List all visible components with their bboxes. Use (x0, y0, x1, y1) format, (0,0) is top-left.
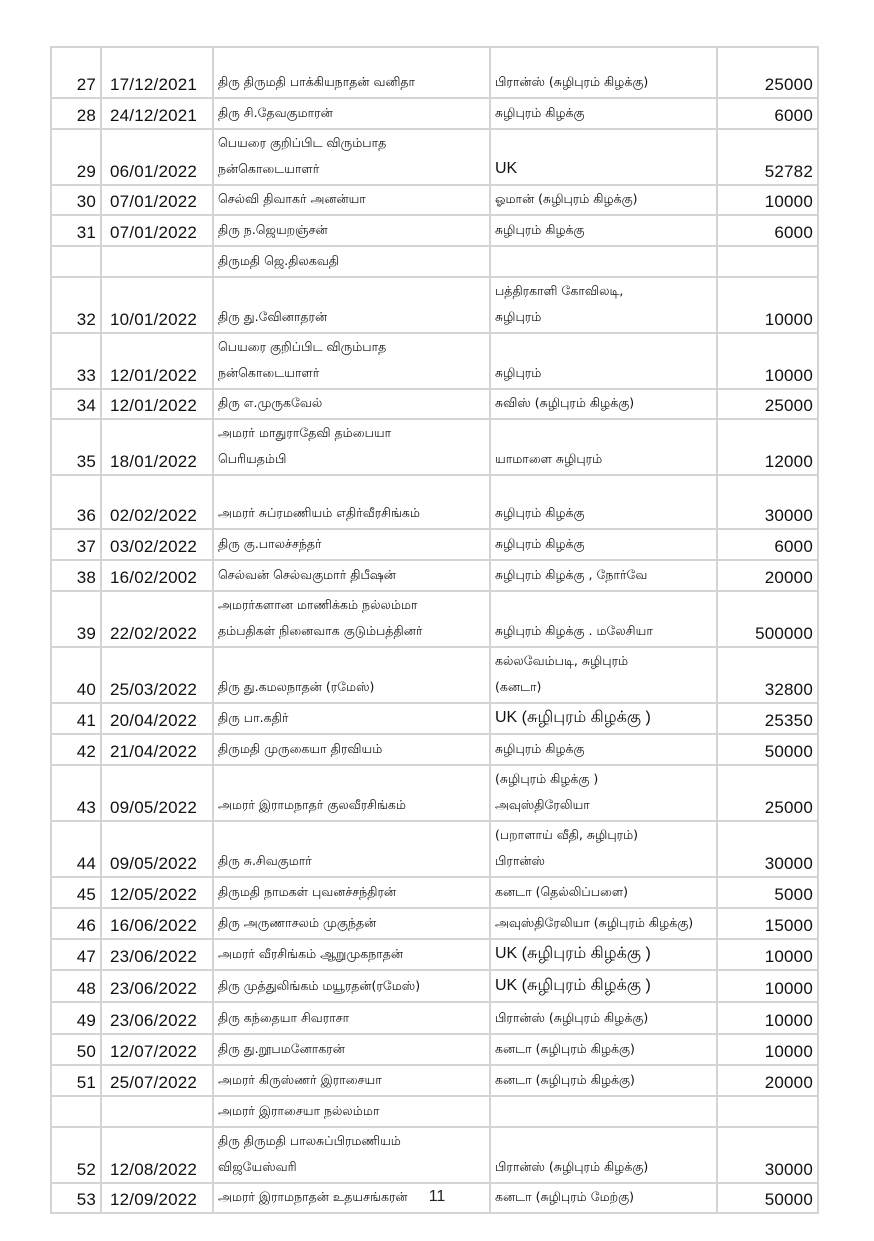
donor-name-lines: திரு திருமதி பாக்கியநாதன் வனிதா (218, 69, 485, 95)
donor-location-lines: பிரான்ஸ் (சுழிபுரம் கிழக்கு) (495, 1005, 712, 1031)
donor-name: அமரர் இராசையா நல்லம்மா (213, 1096, 490, 1127)
donation-date: 07/01/2022 (101, 215, 213, 246)
donor-name: திரு து.கமலநாதன் (ரமேஸ்) (213, 647, 490, 703)
donor-location-line: UK (சுழிபுரம் கிழக்கு ) (495, 705, 712, 731)
donor-location-line: பத்திரகாளி கோவிலடி, (495, 278, 712, 304)
table-row: 51 25/07/2022 அமரர் கிருஸ்ணர் இராசையா கன… (51, 1065, 818, 1096)
donation-amount: 25000 (717, 47, 818, 98)
donation-date: 22/02/2022 (101, 591, 213, 647)
donor-name: திருமதி நாமகள் புவனச்சந்திரன் (213, 877, 490, 908)
row-number: 40 (51, 647, 101, 703)
donor-location-line: (பறாளாய் வீதி, சுழிபுரம்) (495, 822, 712, 848)
donor-location-lines: சுழிபுரம் கிழக்கு (495, 500, 712, 526)
donor-location-lines: பத்திரகாளி கோவிலடி,சுழிபுரம் (495, 278, 712, 330)
donor-name-line: திரு திருமதி பாக்கியநாதன் வனிதா (218, 69, 485, 95)
donor-location: பிரான்ஸ் (சுழிபுரம் கிழக்கு) (490, 1127, 717, 1183)
donor-location-line: சுழிபுரம் கிழக்கு (495, 500, 712, 526)
donor-name-line: திருமதி ஜெ.திலகவதி (218, 248, 485, 274)
donation-amount: 50000 (717, 734, 818, 765)
donation-date: 20/04/2022 (101, 703, 213, 734)
donor-location-lines: ஓமான் (சுழிபுரம் கிழக்கு) (495, 186, 712, 212)
table-row: 30 07/01/2022 செல்வி திவாகர் அனன்யா ஓமான… (51, 185, 818, 215)
donation-amount: 5000 (717, 877, 818, 908)
donor-location: சுழிபுரம் கிழக்கு (490, 215, 717, 246)
donor-name: பெயரை குறிப்பிட விரும்பாதநன்கொடையாளர் (213, 333, 490, 389)
donor-location-line: அவுஸ்திரேலியா (495, 792, 712, 818)
donor-location: கனடா (தெல்லிப்பளை) (490, 877, 717, 908)
donor-location-lines: சுழிபுரம் (495, 360, 712, 386)
donor-name-lines: திரு பா.கதிர் (218, 705, 485, 731)
donor-name-lines: திரு கந்தையா சிவராசா (218, 1005, 485, 1031)
row-number: 51 (51, 1065, 101, 1096)
donor-location: கனடா (சுழிபுரம் கிழக்கு) (490, 1065, 717, 1096)
donor-name-line: பெயரை குறிப்பிட விரும்பாத (218, 334, 485, 360)
donation-date: 09/05/2022 (101, 765, 213, 821)
donor-location: சுழிபுரம் கிழக்கு , நோர்வே (490, 560, 717, 591)
row-number: 28 (51, 98, 101, 129)
table-row: 46 16/06/2022 திரு அருணாசலம் முகுந்தன் அ… (51, 908, 818, 939)
donor-location-lines: யாமாளை சுழிபுரம் (495, 446, 712, 472)
donor-location: சுழிபுரம் கிழக்கு (490, 734, 717, 765)
donor-name-lines: திரு து.கமலநாதன் (ரமேஸ்) (218, 674, 485, 700)
donor-location-line: கனடா (சுழிபுரம் கிழக்கு) (495, 1036, 712, 1062)
donor-name: திரு து.விேனாதரன் (213, 277, 490, 333)
donation-amount: 15000 (717, 908, 818, 939)
donation-date: 10/01/2022 (101, 277, 213, 333)
donor-location-line: சுவிஸ் (சுழிபுரம் கிழக்கு) (495, 390, 712, 416)
donor-location: (பறாளாய் வீதி, சுழிபுரம்)பிரான்ஸ் (490, 821, 717, 877)
donation-date: 03/02/2022 (101, 529, 213, 560)
donor-location-line: UK (சுழிபுரம் கிழக்கு ) (495, 941, 712, 967)
table-row: அமரர் இராசையா நல்லம்மா (51, 1096, 818, 1127)
row-number: 34 (51, 389, 101, 419)
donor-location-lines: UK (495, 156, 712, 182)
donor-location-line: ஓமான் (சுழிபுரம் கிழக்கு) (495, 186, 712, 212)
table-row: 37 03/02/2022 திரு கு.பாலச்சந்தர் சுழிபு… (51, 529, 818, 560)
donor-location-line (495, 248, 712, 274)
page-number: 11 (0, 1188, 874, 1206)
donation-date: 07/01/2022 (101, 185, 213, 215)
donor-name-lines: திருமதி ஜெ.திலகவதி (218, 248, 485, 274)
donor-location-line: அவுஸ்திரேலியா (சுழிபுரம் கிழக்கு) (495, 910, 712, 936)
table-row: 42 21/04/2022 திருமதி முருகையா திரவியம் … (51, 734, 818, 765)
donation-date: 12/01/2022 (101, 333, 213, 389)
donation-date: 25/03/2022 (101, 647, 213, 703)
donor-location-lines: சுவிஸ் (சுழிபுரம் கிழக்கு) (495, 390, 712, 416)
row-number: 32 (51, 277, 101, 333)
donor-name: திருமதி ஜெ.திலகவதி (213, 246, 490, 277)
donor-location: சுழிபுரம் (490, 333, 717, 389)
donor-name: திரு சி.தேவகுமாரன் (213, 98, 490, 129)
donor-location: UK (490, 129, 717, 185)
donor-location-line: சுழிபுரம் கிழக்கு (495, 736, 712, 762)
donor-name-lines: திரு முத்துலிங்கம் மயூரதன்(ரமேஸ்) (218, 973, 485, 999)
donor-name: அமரர் சுப்ரமணியம் எதிர்வீரசிங்கம் (213, 475, 490, 529)
donation-amount: 52782 (717, 129, 818, 185)
donor-name-line: திரு ந.ஜெயறஞ்சன் (218, 217, 485, 243)
table-row: 31 07/01/2022 திரு ந.ஜெயறஞ்சன் சுழிபுரம்… (51, 215, 818, 246)
donor-name: திரு கந்தையா சிவராசா (213, 1002, 490, 1034)
donor-name-lines: பெயரை குறிப்பிட விரும்பாதநன்கொடையாளர் (218, 130, 485, 182)
donor-location: சுழிபுரம் கிழக்கு (490, 529, 717, 560)
donations-table: 27 17/12/2021 திரு திருமதி பாக்கியநாதன் … (50, 46, 819, 1214)
donor-location-lines: சுழிபுரம் கிழக்கு (495, 531, 712, 557)
donor-location-lines: பிரான்ஸ் (சுழிபுரம் கிழக்கு) (495, 69, 712, 95)
donor-name-line: அமரர் வீரசிங்கம் ஆறுமுகநாதன் (218, 941, 485, 967)
row-number: 49 (51, 1002, 101, 1034)
donation-date: 25/07/2022 (101, 1065, 213, 1096)
donor-name: செல்வி திவாகர் அனன்யா (213, 185, 490, 215)
donor-location-lines: சுழிபுரம் கிழக்கு . மலேசியா (495, 618, 712, 644)
donation-date: 21/04/2022 (101, 734, 213, 765)
donor-location: (சுழிபுரம் கிழக்கு )அவுஸ்திரேலியா (490, 765, 717, 821)
donation-amount: 6000 (717, 529, 818, 560)
donation-date (101, 246, 213, 277)
donor-location: அவுஸ்திரேலியா (சுழிபுரம் கிழக்கு) (490, 908, 717, 939)
donor-location: கல்லவேம்படி, சுழிபுரம்(கனடா) (490, 647, 717, 703)
table-row: 35 18/01/2022 அமரர் மாதுராதேவி தம்பையாபெ… (51, 419, 818, 475)
donor-location-line: (சுழிபுரம் கிழக்கு ) (495, 766, 712, 792)
donor-name: செல்வன் செல்வகுமார் திபீஷன் (213, 560, 490, 591)
donor-location-line: கனடா (சுழிபுரம் கிழக்கு) (495, 1067, 712, 1093)
row-number: 29 (51, 129, 101, 185)
donation-amount: 10000 (717, 185, 818, 215)
donor-location: யாமாளை சுழிபுரம் (490, 419, 717, 475)
donation-date: 12/07/2022 (101, 1034, 213, 1065)
donor-name-line: செல்வி திவாகர் அனன்யா (218, 186, 485, 212)
donor-name-lines: அமரர்களான மாணிக்கம் நல்லம்மாதம்பதிகள் நி… (218, 592, 485, 644)
donor-name-line: நன்கொடையாளர் (218, 360, 485, 386)
donor-location-line: சுழிபுரம் (495, 360, 712, 386)
donor-name-line: விஜயேஸ்வரி (218, 1154, 485, 1180)
row-number: 44 (51, 821, 101, 877)
table-row: 28 24/12/2021 திரு சி.தேவகுமாரன் சுழிபுர… (51, 98, 818, 129)
donor-location-line: UK (சுழிபுரம் கிழக்கு ) (495, 973, 712, 999)
table-row: 38 16/02/2002 செல்வன் செல்வகுமார் திபீஷன… (51, 560, 818, 591)
donor-name-line: திரு அருணாசலம் முகுந்தன் (218, 910, 485, 936)
donor-location: UK (சுழிபுரம் கிழக்கு ) (490, 970, 717, 1002)
donor-name: திரு பா.கதிர் (213, 703, 490, 734)
donation-amount: 6000 (717, 98, 818, 129)
donor-location-line: பிரான்ஸ் (சுழிபுரம் கிழக்கு) (495, 69, 712, 95)
donor-location-line: பிரான்ஸ் (சுழிபுரம் கிழக்கு) (495, 1005, 712, 1031)
row-number: 39 (51, 591, 101, 647)
donation-amount: 10000 (717, 277, 818, 333)
donor-location: சுழிபுரம் கிழக்கு . மலேசியா (490, 591, 717, 647)
donor-location: சுழிபுரம் கிழக்கு (490, 475, 717, 529)
donor-name: திரு எ.முருகவேல் (213, 389, 490, 419)
donor-name-line: அமரர் இராமநாதர் குலவீரசிங்கம் (218, 792, 485, 818)
table-row: 40 25/03/2022 திரு து.கமலநாதன் (ரமேஸ்) க… (51, 647, 818, 703)
donor-name: திருமதி முருகையா திரவியம் (213, 734, 490, 765)
table-row: 27 17/12/2021 திரு திருமதி பாக்கியநாதன் … (51, 47, 818, 98)
donor-name-line: திரு முத்துலிங்கம் மயூரதன்(ரமேஸ்) (218, 973, 485, 999)
donation-date (101, 1096, 213, 1127)
donor-name: திரு திருமதி பாக்கியநாதன் வனிதா (213, 47, 490, 98)
donor-name-line: திரு து.கமலநாதன் (ரமேஸ்) (218, 674, 485, 700)
row-number: 50 (51, 1034, 101, 1065)
donation-amount: 30000 (717, 1127, 818, 1183)
row-number: 33 (51, 333, 101, 389)
donor-location (490, 246, 717, 277)
donor-name-lines: திரு திருமதி பாலசுப்பிரமணியம்விஜயேஸ்வரி (218, 1128, 485, 1180)
donor-name-lines: திரு சு.சிவகுமார் (218, 848, 485, 874)
row-number (51, 1096, 101, 1127)
donation-amount: 25350 (717, 703, 818, 734)
donor-location-lines: பிரான்ஸ் (சுழிபுரம் கிழக்கு) (495, 1154, 712, 1180)
donation-amount: 20000 (717, 1065, 818, 1096)
donation-amount: 10000 (717, 333, 818, 389)
donation-amount: 25000 (717, 389, 818, 419)
table-row: 36 02/02/2022 அமரர் சுப்ரமணியம் எதிர்வீர… (51, 475, 818, 529)
donor-location-line: கல்லவேம்படி, சுழிபுரம் (495, 648, 712, 674)
donor-location-line: கனடா (தெல்லிப்பளை) (495, 879, 712, 905)
donor-location-line: சுழிபுரம் கிழக்கு (495, 217, 712, 243)
donor-location: பத்திரகாளி கோவிலடி,சுழிபுரம் (490, 277, 717, 333)
donor-name-line: திரு எ.முருகவேல் (218, 390, 485, 416)
donor-name-line: திரு கு.பாலச்சந்தர் (218, 531, 485, 557)
table-row: 32 10/01/2022 திரு து.விேனாதரன் பத்திரகா… (51, 277, 818, 333)
donor-location-line (495, 1098, 712, 1124)
donor-name: திரு கு.பாலச்சந்தர் (213, 529, 490, 560)
donor-location: பிரான்ஸ் (சுழிபுரம் கிழக்கு) (490, 1002, 717, 1034)
donor-location-lines: கனடா (சுழிபுரம் கிழக்கு) (495, 1067, 712, 1093)
donor-location-lines: UK (சுழிபுரம் கிழக்கு ) (495, 973, 712, 999)
row-number: 41 (51, 703, 101, 734)
donor-name: அமரர் கிருஸ்ணர் இராசையா (213, 1065, 490, 1096)
donor-location-lines: UK (சுழிபுரம் கிழக்கு ) (495, 941, 712, 967)
donation-amount: 10000 (717, 939, 818, 970)
table-row: 43 09/05/2022 அமரர் இராமநாதர் குலவீரசிங்… (51, 765, 818, 821)
donor-name-lines: அமரர் இராசையா நல்லம்மா (218, 1098, 485, 1124)
donor-name-line: அமரர் மாதுராதேவி தம்பையா (218, 420, 485, 446)
row-number: 47 (51, 939, 101, 970)
donor-name-lines: அமரர் வீரசிங்கம் ஆறுமுகநாதன் (218, 941, 485, 967)
donation-amount (717, 246, 818, 277)
row-number: 46 (51, 908, 101, 939)
donor-name-line: திரு திருமதி பாலசுப்பிரமணியம் (218, 1128, 485, 1154)
row-number: 37 (51, 529, 101, 560)
donor-name-line: திரு கந்தையா சிவராசா (218, 1005, 485, 1031)
row-number: 48 (51, 970, 101, 1002)
donor-location-lines: (சுழிபுரம் கிழக்கு )அவுஸ்திரேலியா (495, 766, 712, 818)
donation-date: 12/08/2022 (101, 1127, 213, 1183)
table-row: 47 23/06/2022 அமரர் வீரசிங்கம் ஆறுமுகநாத… (51, 939, 818, 970)
donor-name: திரு ந.ஜெயறஞ்சன் (213, 215, 490, 246)
row-number: 42 (51, 734, 101, 765)
donor-name-line: பெயரை குறிப்பிட விரும்பாத (218, 130, 485, 156)
donation-amount: 500000 (717, 591, 818, 647)
donor-name-lines: செல்வன் செல்வகுமார் திபீஷன் (218, 562, 485, 588)
donor-name-line: செல்வன் செல்வகுமார் திபீஷன் (218, 562, 485, 588)
donation-date: 16/02/2002 (101, 560, 213, 591)
donor-location-line: சுழிபுரம் கிழக்கு (495, 531, 712, 557)
donor-name: திரு அருணாசலம் முகுந்தன் (213, 908, 490, 939)
donor-name-line: நன்கொடையாளர் (218, 156, 485, 182)
table-row: 29 06/01/2022 பெயரை குறிப்பிட விரும்பாதந… (51, 129, 818, 185)
donation-amount: 10000 (717, 970, 818, 1002)
donor-name-lines: திரு எ.முருகவேல் (218, 390, 485, 416)
donor-name: அமரர் மாதுராதேவி தம்பையாபெரியதம்பி (213, 419, 490, 475)
donation-date: 06/01/2022 (101, 129, 213, 185)
donation-amount: 32800 (717, 647, 818, 703)
donor-name-lines: அமரர் சுப்ரமணியம் எதிர்வீரசிங்கம் (218, 500, 485, 526)
donor-location-lines: அவுஸ்திரேலியா (சுழிபுரம் கிழக்கு) (495, 910, 712, 936)
donor-name-line: திருமதி முருகையா திரவியம் (218, 736, 485, 762)
row-number: 43 (51, 765, 101, 821)
donor-name-line: திரு து.றூபமனோகரன் (218, 1036, 485, 1062)
donor-location-lines: UK (சுழிபுரம் கிழக்கு ) (495, 705, 712, 731)
donation-amount: 6000 (717, 215, 818, 246)
donor-location-lines: சுழிபுரம் கிழக்கு , நோர்வே (495, 562, 712, 588)
donor-name: பெயரை குறிப்பிட விரும்பாதநன்கொடையாளர் (213, 129, 490, 185)
donor-name-line: திருமதி நாமகள் புவனச்சந்திரன் (218, 879, 485, 905)
donor-location: UK (சுழிபுரம் கிழக்கு ) (490, 939, 717, 970)
donor-location-line: சுழிபுரம் கிழக்கு , நோர்வே (495, 562, 712, 588)
row-number (51, 246, 101, 277)
donor-name-line: அமரர் கிருஸ்ணர் இராசையா (218, 1067, 485, 1093)
donor-name: திரு து.றூபமனோகரன் (213, 1034, 490, 1065)
donor-name-line: திரு சி.தேவகுமாரன் (218, 100, 485, 126)
donation-amount: 12000 (717, 419, 818, 475)
donor-name-lines: திரு அருணாசலம் முகுந்தன் (218, 910, 485, 936)
table-row: 44 09/05/2022 திரு சு.சிவகுமார் (பறாளாய்… (51, 821, 818, 877)
donation-date: 12/05/2022 (101, 877, 213, 908)
donor-location-lines: சுழிபுரம் கிழக்கு (495, 736, 712, 762)
donation-date: 23/06/2022 (101, 1002, 213, 1034)
donor-name: அமரர் இராமநாதர் குலவீரசிங்கம் (213, 765, 490, 821)
table-row: 34 12/01/2022 திரு எ.முருகவேல் சுவிஸ் (ச… (51, 389, 818, 419)
donation-amount: 25000 (717, 765, 818, 821)
donor-location-line: சுழிபுரம் கிழக்கு . மலேசியா (495, 618, 712, 644)
table-row: திருமதி ஜெ.திலகவதி (51, 246, 818, 277)
donor-name: திரு முத்துலிங்கம் மயூரதன்(ரமேஸ்) (213, 970, 490, 1002)
donation-date: 23/06/2022 (101, 939, 213, 970)
donation-date: 09/05/2022 (101, 821, 213, 877)
row-number: 38 (51, 560, 101, 591)
table-row: 39 22/02/2022 அமரர்களான மாணிக்கம் நல்லம்… (51, 591, 818, 647)
table-row: 50 12/07/2022 திரு து.றூபமனோகரன் கனடா (ச… (51, 1034, 818, 1065)
donation-date: 17/12/2021 (101, 47, 213, 98)
donor-name-line: திரு து.விேனாதரன் (218, 304, 485, 330)
donation-date: 18/01/2022 (101, 419, 213, 475)
donor-location-lines: கல்லவேம்படி, சுழிபுரம்(கனடா) (495, 648, 712, 700)
donor-location-lines: சுழிபுரம் கிழக்கு (495, 217, 712, 243)
donation-date: 02/02/2022 (101, 475, 213, 529)
donor-location-line: பிரான்ஸ் (495, 848, 712, 874)
donation-date: 16/06/2022 (101, 908, 213, 939)
donation-amount: 30000 (717, 475, 818, 529)
donation-amount: 10000 (717, 1034, 818, 1065)
donor-location-line: யாமாளை சுழிபுரம் (495, 446, 712, 472)
table-row: 52 12/08/2022 திரு திருமதி பாலசுப்பிரமணி… (51, 1127, 818, 1183)
donor-location-lines: கனடா (தெல்லிப்பளை) (495, 879, 712, 905)
table-row: 45 12/05/2022 திருமதி நாமகள் புவனச்சந்தி… (51, 877, 818, 908)
table-row: 41 20/04/2022 திரு பா.கதிர் UK (சுழிபுரம… (51, 703, 818, 734)
donor-name-lines: திருமதி நாமகள் புவனச்சந்திரன் (218, 879, 485, 905)
table-row: 33 12/01/2022 பெயரை குறிப்பிட விரும்பாதந… (51, 333, 818, 389)
donor-location: பிரான்ஸ் (சுழிபுரம் கிழக்கு) (490, 47, 717, 98)
donor-location-line: UK (495, 156, 712, 182)
donor-name-lines: அமரர் இராமநாதர் குலவீரசிங்கம் (218, 792, 485, 818)
donor-name: திரு திருமதி பாலசுப்பிரமணியம்விஜயேஸ்வரி (213, 1127, 490, 1183)
donor-name-lines: திரு து.றூபமனோகரன் (218, 1036, 485, 1062)
donor-name-line: அமரர் சுப்ரமணியம் எதிர்வீரசிங்கம் (218, 500, 485, 526)
donor-location-lines: (பறாளாய் வீதி, சுழிபுரம்)பிரான்ஸ் (495, 822, 712, 874)
donation-amount (717, 1096, 818, 1127)
row-number: 30 (51, 185, 101, 215)
donation-date: 23/06/2022 (101, 970, 213, 1002)
donations-table-body: 27 17/12/2021 திரு திருமதி பாக்கியநாதன் … (51, 47, 818, 1213)
donor-name: அமரர்களான மாணிக்கம் நல்லம்மாதம்பதிகள் நி… (213, 591, 490, 647)
donor-location (490, 1096, 717, 1127)
donation-date: 24/12/2021 (101, 98, 213, 129)
donor-name-lines: திரு கு.பாலச்சந்தர் (218, 531, 485, 557)
donor-location-lines (495, 1098, 712, 1124)
table-row: 48 23/06/2022 திரு முத்துலிங்கம் மயூரதன்… (51, 970, 818, 1002)
donor-location: கனடா (சுழிபுரம் கிழக்கு) (490, 1034, 717, 1065)
donor-location-lines: கனடா (சுழிபுரம் கிழக்கு) (495, 1036, 712, 1062)
table-row: 49 23/06/2022 திரு கந்தையா சிவராசா பிரான… (51, 1002, 818, 1034)
donor-name: அமரர் வீரசிங்கம் ஆறுமுகநாதன் (213, 939, 490, 970)
donor-name-lines: திரு சி.தேவகுமாரன் (218, 100, 485, 126)
donor-location-line: சுழிபுரம் (495, 304, 712, 330)
donation-date: 12/01/2022 (101, 389, 213, 419)
donor-name-line: அமரர் இராசையா நல்லம்மா (218, 1098, 485, 1124)
donor-location-line: சுழிபுரம் கிழக்கு (495, 100, 712, 126)
donor-name-line: தம்பதிகள் நினைவாக குடும்பத்தினர் (218, 618, 485, 644)
donor-location-lines: சுழிபுரம் கிழக்கு (495, 100, 712, 126)
donor-name-lines: திரு து.விேனாதரன் (218, 304, 485, 330)
row-number: 52 (51, 1127, 101, 1183)
donor-location: சுழிபுரம் கிழக்கு (490, 98, 717, 129)
row-number: 45 (51, 877, 101, 908)
row-number: 36 (51, 475, 101, 529)
donor-name-lines: திருமதி முருகையா திரவியம் (218, 736, 485, 762)
donor-name-lines: செல்வி திவாகர் அனன்யா (218, 186, 485, 212)
donor-location-line: பிரான்ஸ் (சுழிபுரம் கிழக்கு) (495, 1154, 712, 1180)
donor-location: ஓமான் (சுழிபுரம் கிழக்கு) (490, 185, 717, 215)
row-number: 35 (51, 419, 101, 475)
donor-location: UK (சுழிபுரம் கிழக்கு ) (490, 703, 717, 734)
donor-name-line: திரு பா.கதிர் (218, 705, 485, 731)
donor-name-lines: அமரர் கிருஸ்ணர் இராசையா (218, 1067, 485, 1093)
donation-amount: 30000 (717, 821, 818, 877)
donor-name-line: திரு சு.சிவகுமார் (218, 848, 485, 874)
donation-amount: 20000 (717, 560, 818, 591)
donor-location-line: (கனடா) (495, 674, 712, 700)
donor-name-lines: அமரர் மாதுராதேவி தம்பையாபெரியதம்பி (218, 420, 485, 472)
donor-name-lines: திரு ந.ஜெயறஞ்சன் (218, 217, 485, 243)
donation-amount: 10000 (717, 1002, 818, 1034)
donor-location: சுவிஸ் (சுழிபுரம் கிழக்கு) (490, 389, 717, 419)
donor-name-line: பெரியதம்பி (218, 446, 485, 472)
donor-name-line: அமரர்களான மாணிக்கம் நல்லம்மா (218, 592, 485, 618)
row-number: 27 (51, 47, 101, 98)
donor-name: திரு சு.சிவகுமார் (213, 821, 490, 877)
donor-name-lines: பெயரை குறிப்பிட விரும்பாதநன்கொடையாளர் (218, 334, 485, 386)
row-number: 31 (51, 215, 101, 246)
donor-location-lines (495, 248, 712, 274)
